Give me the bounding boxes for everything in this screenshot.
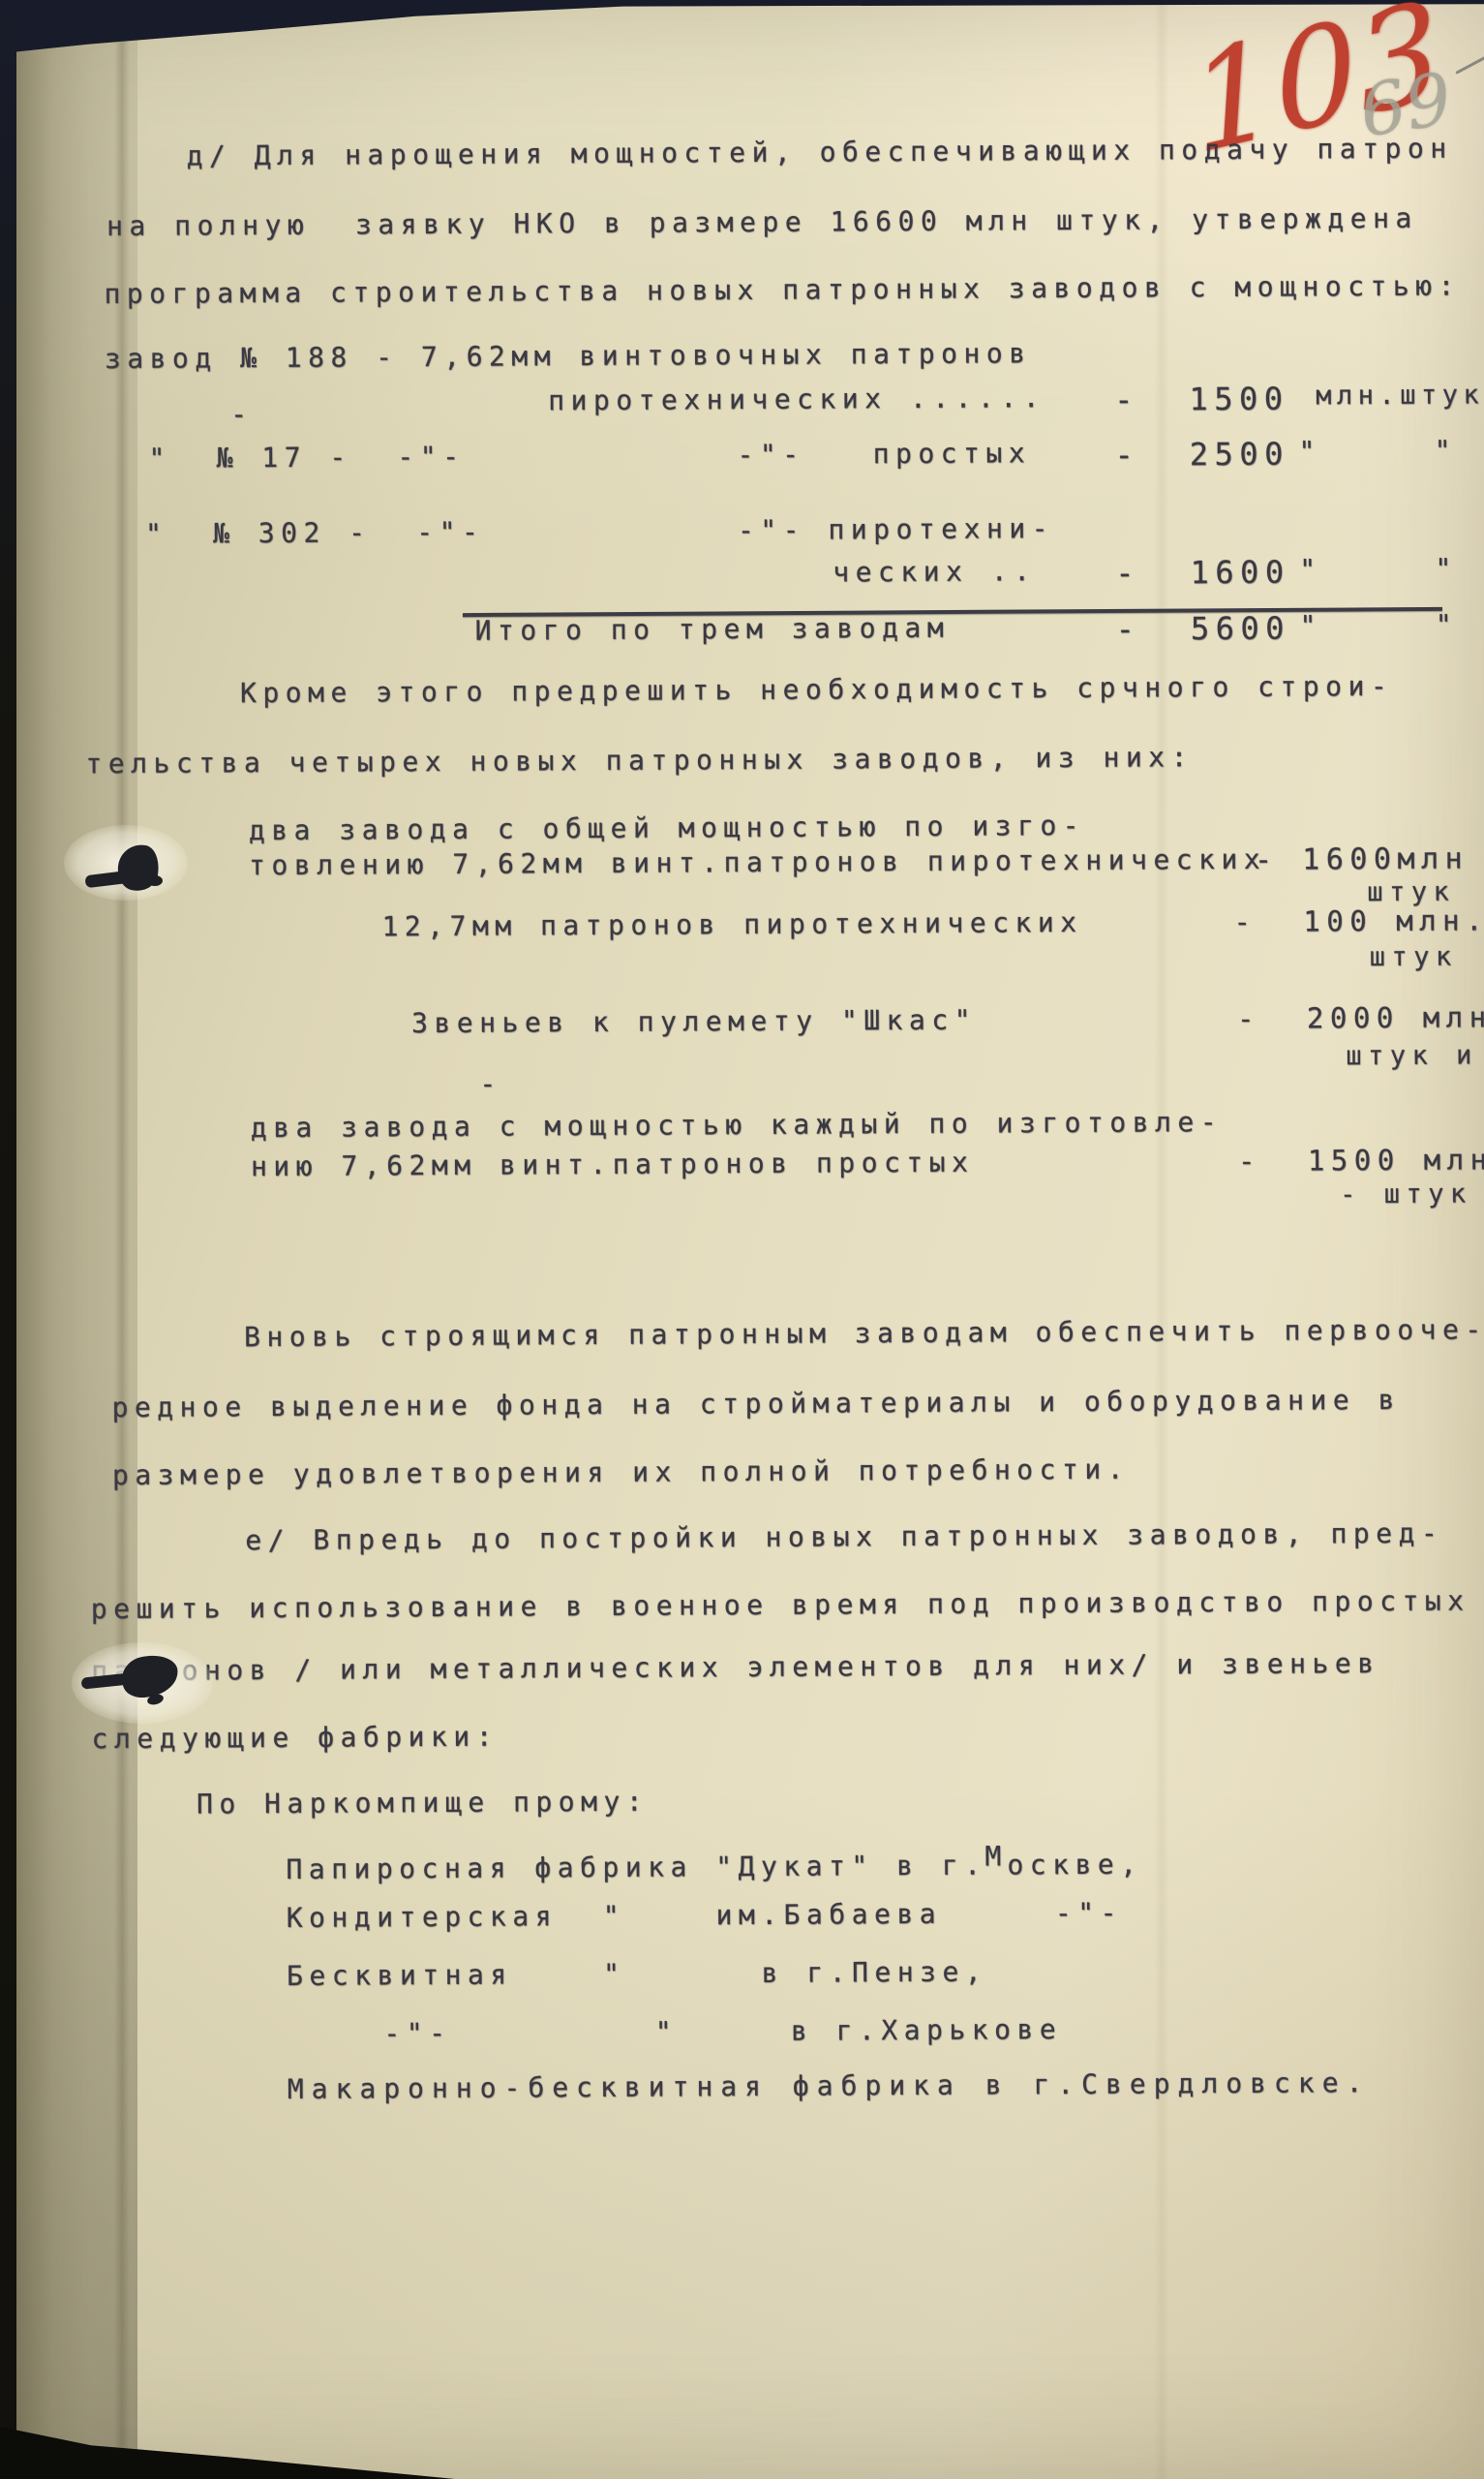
typewritten-text: - штук xyxy=(1340,1180,1472,1208)
typewritten-text: ческих .. xyxy=(833,558,1036,586)
typewritten-text: два завода с мощностью каждый по изготов… xyxy=(251,1109,1224,1142)
typewritten-text: " № 302 - -"- xyxy=(145,519,485,548)
typewritten-text: " № 17 - -"- xyxy=(148,444,465,473)
typewritten-text: редное выделение фонда на стройматериалы… xyxy=(111,1387,1401,1422)
typewritten-text: -"- " в г.Харькове xyxy=(383,2016,1062,2047)
typewritten-text: штук xyxy=(1367,879,1455,906)
ink-blot xyxy=(147,875,163,886)
typewritten-text: е/ Впредь до постройки новых патронных з… xyxy=(245,1520,1443,1555)
typewritten-text: программа строительства новых патронных … xyxy=(104,273,1461,309)
typewritten-text: 12,7мм патронов пиротехнических xyxy=(381,909,1082,940)
typewritten-text: Папиросная фабрика "Дукат" в г. xyxy=(286,1852,986,1883)
amount-value: - 1600 xyxy=(1115,557,1290,589)
typewritten-text: тельства четырех новых патронных заводов… xyxy=(85,744,1194,778)
typewritten-text: оскве, xyxy=(1007,1852,1142,1880)
typewritten-text: " " xyxy=(1298,438,1457,466)
typewritten-text: размере удовлетворения их полной потребн… xyxy=(112,1456,1130,1489)
typewritten-text: патронов / или металлических элементов д… xyxy=(91,1650,1380,1685)
total-amount-value: - 5600 xyxy=(1116,613,1291,645)
scanned-document-photo: 103 69 д/ Для нарощения мощностей, обесп… xyxy=(0,0,1484,2479)
typewritten-text: следующие фабрики: xyxy=(92,1724,500,1754)
amount-value: - 1600млн xyxy=(1255,844,1469,874)
typewritten-text: млн.штук xyxy=(1316,382,1484,409)
typewritten-text: -"- пиротехни- xyxy=(738,515,1054,544)
typewritten-text: " " xyxy=(1300,612,1459,640)
typewritten-text: Вновь строящимся патронным заводам обесп… xyxy=(244,1316,1484,1351)
typewritten-text: товлению 7,62мм винт.патронов пиротехнич… xyxy=(249,846,1266,879)
typewritten-text: " " xyxy=(1299,556,1458,584)
typewritten-text: М xyxy=(984,1843,1008,1870)
typewritten-text: Кондитерская " им.Бабаева -"- xyxy=(287,1900,1123,1932)
amount-value: - 100 млн. xyxy=(1233,906,1484,936)
typewritten-text: нию 7,62мм винт.патронов простых xyxy=(251,1149,975,1181)
typewritten-text: Звеньев к пулемету "Шкас" xyxy=(411,1007,977,1038)
typewritten-text: Макаронно-бесквитная фабрика в г.Свердло… xyxy=(288,2069,1371,2103)
typewritten-text: два завода с общей мощностью по изго- xyxy=(249,812,1085,844)
typewritten-text: Итого по трем заводам xyxy=(475,615,951,645)
typewritten-text: - xyxy=(230,401,254,428)
typewritten-text: завод № 188 - 7,62мм винтовочных патроно… xyxy=(105,340,1032,373)
amount-value: - 2000 млн xyxy=(1237,1003,1484,1033)
typewritten-text: -"- простых xyxy=(737,440,1031,469)
typewritten-text: штук xyxy=(1370,944,1458,971)
typewritten-text: Бесквитная " в г.Пензе, xyxy=(287,1959,987,1990)
amount-value: - 1500 млн xyxy=(1238,1146,1484,1176)
typewritten-text: Кроме этого предрешить необходимость срч… xyxy=(240,673,1393,707)
typewritten-text: д/ Для нарощения мощностей, обеспечивающ… xyxy=(187,136,1453,170)
typewritten-text: штук и xyxy=(1346,1042,1478,1069)
typewritten-text: на полную заявку НКО в размере 16600 млн… xyxy=(106,205,1418,240)
typewritten-text: - xyxy=(479,1071,502,1098)
typewritten-text: решить использование в военное время под… xyxy=(91,1587,1470,1623)
typewritten-text-block: д/ Для нарощения мощностей, обеспечивающ… xyxy=(0,0,1484,2479)
amount-value: - 2500 xyxy=(1114,439,1289,471)
typewritten-text: По Наркомпище прому: xyxy=(197,1789,649,1819)
typewritten-text: пиротехнических ...... xyxy=(548,384,1045,414)
amount-value: - 1500 xyxy=(1114,383,1289,415)
